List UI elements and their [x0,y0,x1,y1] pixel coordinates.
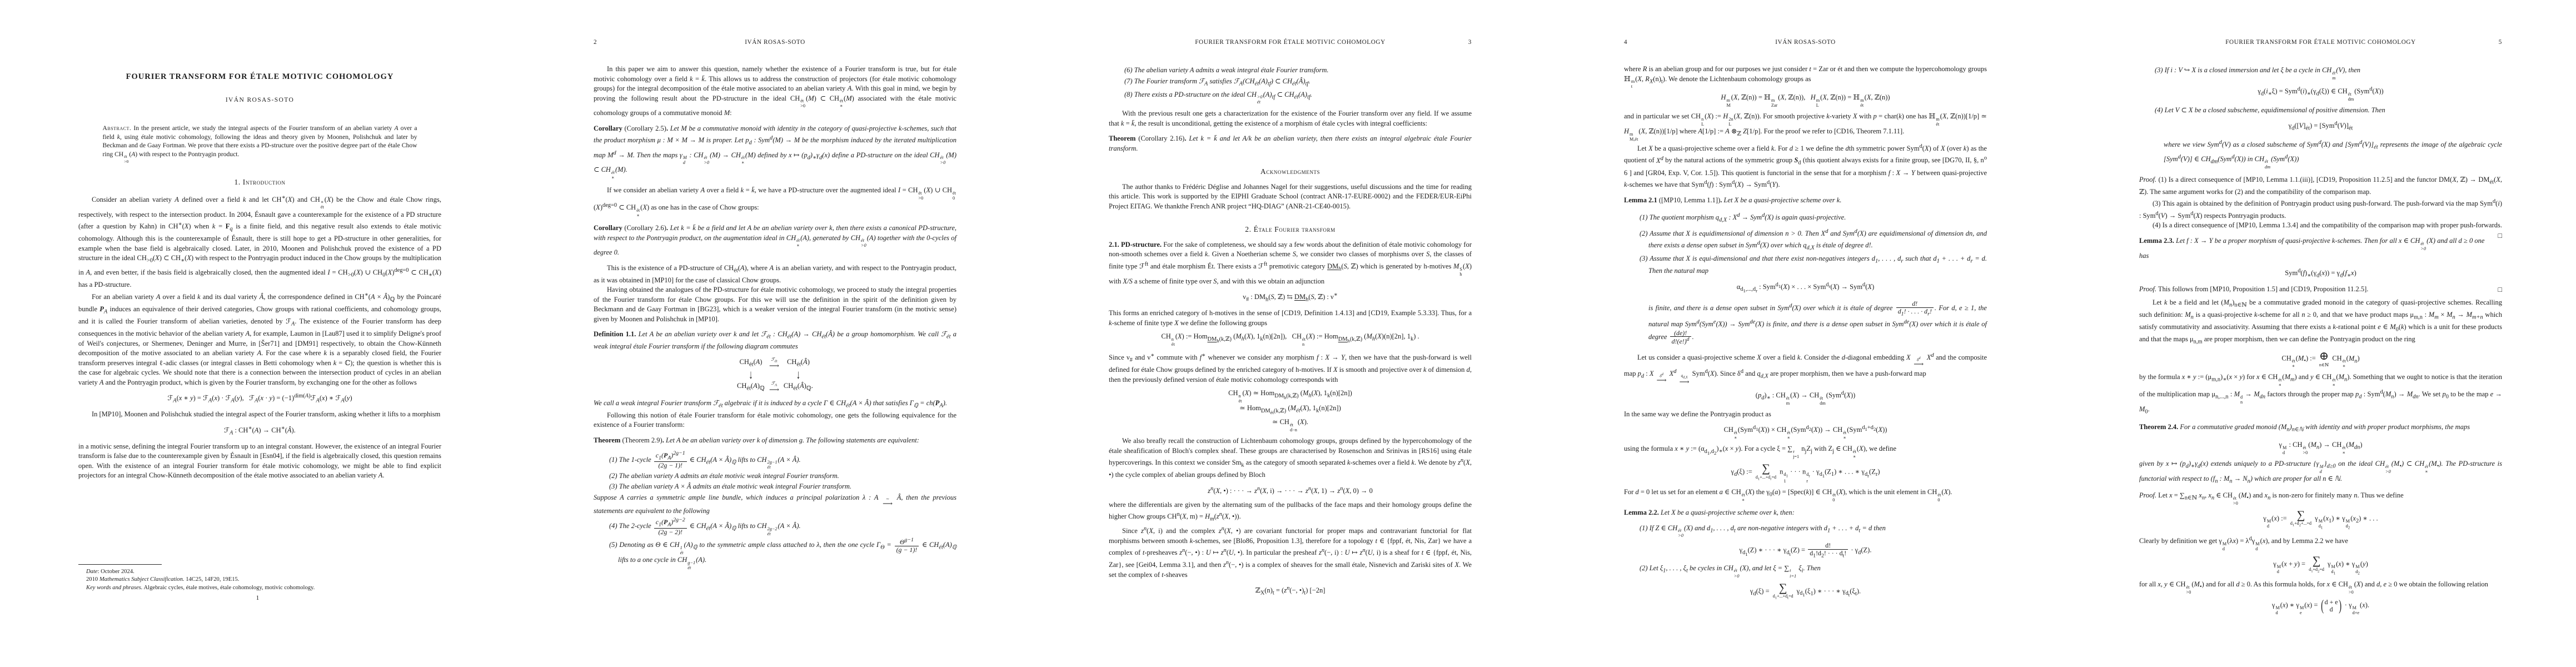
paragraph: where the differentials are given by the… [1109,500,1472,525]
running-header: FOURIER TRANSFORM FOR ÉTALE MOTIVIC COHO… [2139,39,2502,46]
running-head-title: FOURIER TRANSFORM FOR ÉTALE MOTIVIC COHO… [1142,39,1438,46]
paragraph: 2.1. PD-structure. For the sake of compl… [1109,240,1472,286]
diagram-arrow-left-vertical: ↓ [749,369,753,382]
display-math: γMd(x + y) = ∑d1+d2=d γMd1(x) ∗ γMd2(y) [2139,555,2502,576]
paper-title: FOURIER TRANSFORM FOR ÉTALE MOTIVIC COHO… [78,72,441,82]
theorem-block: Theorem (Theorem 2.9). Let A be an abeli… [594,436,956,446]
arrow-icon: ⟶ [769,387,779,392]
page-3: FOURIER TRANSFORM FOR ÉTALE MOTIVIC COHO… [1030,0,1546,667]
paper-abstract: Abstract. In the present article, we stu… [103,124,417,164]
paragraph: In [MP10], Moonen and Polishchuk studied… [78,410,441,420]
paragraph: This is the existence of a PD-structure … [594,263,956,286]
display-math: CHnét(X) := HomDMh(k,ℤ) (Mh(X), 1k(n)[2n… [1109,332,1472,347]
section-heading: 2. Étale Fourier transform [1109,225,1472,235]
list-item: (1) If Z ∈ CHét>0(X) and d1, . . . , dt … [1624,524,1987,539]
theorem-block: Theorem (Corollary 2.16). Let k = k̄ and… [1109,134,1472,153]
list-item: (3) Assume that X is equi-dimensional an… [1624,254,1987,276]
list-item: (2) Let ξ1, . . . , ξt be cycles in CHét… [1624,564,1987,579]
paragraph: If we consider an abelian variety A over… [594,186,956,218]
diagram-arrow-bottom: ℱA⟶ [769,382,779,392]
list-item: (2) The abelian variety A admits an étal… [594,471,956,481]
list-item: (8) There exists a PD-structure on the i… [1109,90,1472,105]
display-math: ℱA(x ∗ y) = ℱA(x) · ℱA(y), ℱA(x · y) = (… [78,391,441,406]
paragraph: using the formula x ∗ y := (αd1,d2)∗(x ×… [1624,444,1987,459]
theorem-block: Theorem 2.4. For a commutative graded mo… [2139,422,2502,435]
paragraph: Clearly by definition we get γMd(λx) = λ… [2139,534,2502,551]
paragraph: Suppose A carries a symmetric ample line… [594,493,956,516]
diagram-node-bottom-right: CHét(Â)ℚ. [784,381,813,394]
page-number-left [2139,39,2173,46]
paragraph: Let X be a quasi-projective scheme over … [1624,142,1987,190]
section-heading: 1. Introduction [78,177,441,187]
display-math: CHnét(X) ≃ HomDMh(k,ℤ) (Mh(X), 1k(n)[2n]… [1109,389,1472,432]
page-4: 4IVÁN ROSAS-SOTOwhere R is an abelian gr… [1546,0,2061,667]
paragraph: Following this notion of étale Fourier t… [594,411,956,430]
paragraph: Proof. (1) Is a direct consequence of [M… [2139,175,2502,197]
list-item: (1) The 1-cycle c1(PA)2g−1(2g − 1)! ∈ CH… [594,451,956,470]
page-2: 2IVÁN ROSAS-SOTOIn this paper we aim to … [515,0,1030,667]
display-math: αd1,...,dr : Symd1(X) × . . . × Symdr(X)… [1624,280,1987,296]
paragraph: for all x, y ∈ CHét>0(M•) and for all d … [2139,580,2502,595]
list-item: (5) Denoting as Θ ∈ CH1ét(A)ℚ to the sym… [594,537,956,570]
list-item: (4) Let V ⊂ X be a closed subscheme, equ… [2139,106,2502,116]
paragraph: in a motivic sense, defining the integra… [78,442,441,481]
theorem-block: Lemma 2.3. Let f : X → Y be a proper mor… [2139,236,2502,261]
footnote-block: Date: October 2024.2010 Mathematics Subj… [78,563,441,592]
theorem-block: Lemma 2.2. Let X be a quasi-projective s… [1624,508,1987,518]
paragraph: given by x ↦ (pd)∗γd(x) extends uniquely… [2139,459,2502,486]
display-math: γMd(x) ∗ γMe(x) = (d + ed) · γMd+e(x). [2139,599,2502,615]
display-math: ℱA : CH∗(A) → CH∗(Â). [78,424,441,438]
paragraph: The author thanks to Frédéric Déglise an… [1109,182,1472,212]
diagram-node-bottom-left: CHét(A)ℚ [737,381,765,394]
section-heading: Acknowledgments [1109,167,1472,177]
page-number-left: 4 [1624,39,1657,46]
running-header: FOURIER TRANSFORM FOR ÉTALE MOTIVIC COHO… [1109,39,1472,46]
paragraph: Since zn(X, i) and the complex zn(X, •) … [1109,524,1472,580]
display-math: γMd : CHét>0(Mn) → CHét∗(Mdn) [2139,440,2502,455]
display-math: zn(X, •) : · · · → zn(X, i) → · · · → zn… [1109,484,1472,496]
list-item: (7) The Fourier transform ℱA satisfies ℱ… [1109,77,1472,89]
theorem-block: Corollary (Corollary 2.6). Let k = k̄ be… [594,223,956,258]
diagram-arrow-top: ℱét⟶ [769,358,779,369]
list-item: (4) The 2-cycle c1(PA)2g−2(2g − 2)! ∈ CH… [594,517,956,536]
display-math: γd(ξ) := ∑d1+...+dr=d nd11 · · · ndrr · … [1624,463,1987,484]
display-math: CHét∗(M•) := ⊕n∈ℕ CHét∗(Mn) [2139,351,2502,369]
diagram-node-top-right: CHét(Â) [787,357,810,370]
document-canvas: arXiv:2410.21094v1 [math.AG] 28 Oct 2024… [0,0,2576,667]
paragraph: We also breafly recall the construction … [1109,436,1472,480]
diagram-arrow-right-vertical: ↓ [796,369,801,382]
display-math: γd(i∗ξ) = Symd(i)∗(γd(ξ)) ∈ CHétdm(Symd(… [2139,84,2502,102]
display-math: ν# : DMh(S, ℤ) ⇆ DMh(S, ℤ) : ν∗ [1109,290,1472,305]
paragraph: (4) Is a direct consequence of [MP10, Le… [2139,221,2502,231]
diagram-node-top-left: CHét(A) [740,357,763,370]
paragraph: We call a weak integral Fourier transfor… [594,399,956,411]
page-number-right [1954,39,1987,46]
paragraph: Having obtained the analogues of the PD-… [594,285,956,324]
list-item-continuation: is finite, and there is a dense open sub… [1624,300,1987,345]
page-5: FOURIER TRANSFORM FOR ÉTALE MOTIVIC COHO… [2061,0,2576,667]
page-number: 1 [0,595,515,601]
theorem-block: Lemma 2.1 ([MP10, Lemma 1.1]). Let X be … [1624,196,1987,206]
running-head-title: IVÁN ROSAS-SOTO [1657,39,1954,46]
arrow-icon: ⟶ [769,363,779,369]
paper-author: IVÁN ROSAS-SOTO [78,96,441,106]
paragraph: In this paper we aim to answer this ques… [594,64,956,118]
paragraph: Proof. Let x = ∑n∈ℕ xn, xn ∈ CHét>0(M•) … [2139,491,2502,506]
page-1: Date: October 2024.2010 Mathematics Subj… [0,0,515,667]
running-head-title: FOURIER TRANSFORM FOR ÉTALE MOTIVIC COHO… [2173,39,2469,46]
page-body: In this paper we aim to answer this ques… [594,64,956,571]
paragraph: With the previous result one gets a char… [1109,109,1472,128]
list-item: (2) Assume that X is equidimensional of … [1624,226,1987,253]
page-number-left: 2 [594,39,627,46]
paragraph: by the formula x ∗ y := (μm,n)∗(x × y) f… [2139,372,2502,417]
commutative-diagram: CHét(A)ℱét⟶CHét(Â)↓↓CHét(A)ℚℱA⟶CHét(Â)ℚ. [594,357,956,394]
paragraph: Since ν# and ν∗ commute with f∗ whenever… [1109,351,1472,385]
list-item: (3) If i : V ↪ X is a closed immersion a… [2139,66,2502,81]
display-math: ℤX(n)t = (zn(−, •)t) [−2n] [1109,584,1472,598]
paragraph: In the same way we define the Pontryagin… [1624,410,1987,420]
running-header: 2IVÁN ROSAS-SOTO [594,39,956,46]
paragraph: Proof. This follows from [MP10, Proposit… [2139,285,2502,295]
footnote: Date: October 2024. [78,568,441,576]
page-body: (3) If i : V ↪ X is a closed immersion a… [2139,64,2502,619]
footnote: 2010 Mathematics Subject Classification.… [78,576,441,584]
page-body: where R is an abelian group and for our … [1624,64,1987,604]
paragraph: Consider an abelian variety A defined ov… [78,193,441,290]
display-math: HmM(X, ℤ(n)) = ℍmZar(X, ℤ(n)), HmL(X, ℤ(… [1624,93,1987,108]
list-item: (6) The abelian variety A admits a weak … [1109,66,1472,76]
page-body: FOURIER TRANSFORM FOR ÉTALE MOTIVIC COHO… [78,0,441,481]
display-math: (pd)∗ : CHétm(X) → CHétdm(Symd(X)) [1624,389,1987,406]
list-item: (1) The quotient morphism qd,X : Xd → Sy… [1624,211,1987,225]
list-item: (3) The abelian variety A × Â admits an … [594,482,956,492]
display-math: γd([V]ét) = [Symd(V)]ét [2139,119,2502,133]
page-number-right: 5 [2469,39,2502,46]
list-item-continuation: where we view Symd(V) as a closed subsch… [2139,137,2502,169]
page-body: (6) The abelian variety A admits a weak … [1109,64,1472,602]
theorem-block: Corollary (Corollary 2.5). Let M be a co… [594,124,956,180]
footnote-rule [78,564,162,565]
display-math: γd(ξ) = ∑d1+...+dt=d γd1(ξ1) ∗ · · · ∗ γ… [1624,583,1987,601]
paragraph: This forms an enriched category of h-mot… [1109,308,1472,328]
display-math: γMd(x) := ∑d1+d2+...=d γMd1(x1) ∗ γMd2(x… [2139,510,2502,530]
footnote: Key words and phrases. Algebraic cycles,… [78,584,441,592]
theorem-block: Definition 1.1. Let A be an abelian vari… [594,330,956,352]
paragraph: and in particular we set CHnL(X) := H2nL… [1624,112,1987,142]
paragraph: Let k be a field and let (Mn)n∈ℕ be a co… [2139,298,2502,347]
display-math: γd1(Z) ∗ · · · ∗ γdt(Z) = d!d1!d2! · · ·… [1624,542,1987,559]
paragraph: (3) This again is obtained by the defini… [2139,197,2502,221]
running-header: 4IVÁN ROSAS-SOTO [1624,39,1987,46]
paragraph: For d = 0 let us set for an element a ∈ … [1624,487,1987,502]
running-head-title: IVÁN ROSAS-SOTO [627,39,923,46]
page-number-left [1109,39,1142,46]
page-number-right [923,39,956,46]
paragraph: where R is an abelian group and for our … [1624,64,1987,89]
paragraph: For an abelian variety A over a field k … [78,290,441,387]
paragraph: Let us consider a quasi-projective schem… [1624,351,1987,385]
display-math: Symd(f)∗(γd(x)) = γd(f∗x) [2139,266,2502,281]
display-math: CHét∗(Symd1(X)) × CHét∗(Symd2(X)) → CHét… [1624,423,1987,440]
page-number-right: 3 [1438,39,1472,46]
